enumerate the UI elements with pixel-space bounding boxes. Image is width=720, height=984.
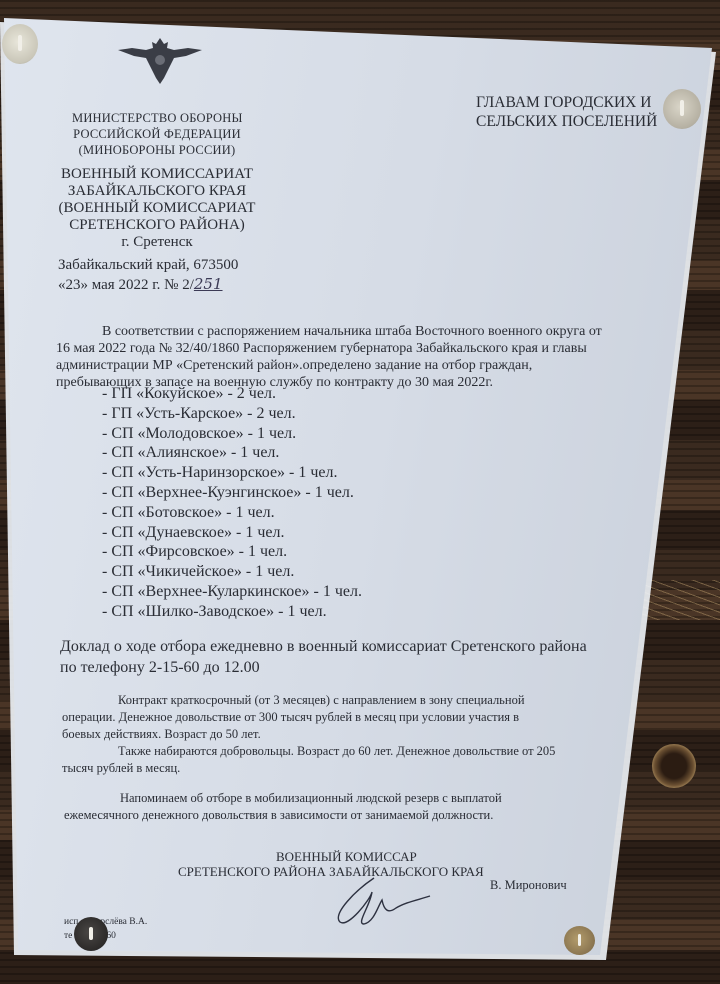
- silver-pushpin-icon: [663, 89, 701, 129]
- quota-list-item: - СП «Алиянское» - 1 чел.: [102, 443, 362, 463]
- quota-list-item: - СП «Фирсовское» - 1 чел.: [102, 542, 362, 562]
- sender-line-3: (ВОЕННЫЙ КОМИССАРИАТ: [48, 200, 266, 217]
- addressee-line-2: СЕЛЬСКИХ ПОСЕЛЕНИЙ: [476, 112, 657, 131]
- ministry-line-2: РОССИЙСКОЙ ФЕДЕРАЦИИ: [72, 126, 242, 142]
- report-instruction: Доклад о ходе отбора ежедневно в военный…: [60, 636, 587, 678]
- quota-list-item: - СП «Шилко-Заводское» - 1 чел.: [102, 602, 362, 622]
- quota-list-item: - ГП «Кокуйское» - 2 чел.: [102, 384, 362, 404]
- quota-list-item: - СП «Верхнее-Куларкинское» - 1 чел.: [102, 582, 362, 602]
- report-line-1: Доклад о ходе отбора ежедневно в военный…: [60, 636, 587, 657]
- sender-address-block: Забайкальский край, 673500 «23» мая 2022…: [58, 256, 238, 295]
- sender-address: Забайкальский край, 673500: [58, 256, 238, 275]
- contract-paragraph: Контракт краткосрочный (от 3 месяцев) с …: [62, 692, 555, 777]
- handwritten-signature-icon: [326, 870, 436, 930]
- ministry-header: МИНИСТЕРСТВО ОБОРОНЫ РОССИЙСКОЙ ФЕДЕРАЦИ…: [72, 110, 242, 158]
- double-headed-eagle-icon: [112, 34, 208, 86]
- reminder-line-1: Напоминаем об отборе в мобилизационный л…: [64, 790, 502, 807]
- report-line-2: по телефону 2-15-60 до 12.00: [60, 657, 587, 678]
- addressee-line-1: ГЛАВАМ ГОРОДСКИХ И: [476, 93, 657, 112]
- reminder-paragraph: Напоминаем об отборе в мобилизационный л…: [64, 790, 502, 824]
- quota-list-item: - СП «Ботовское» - 1 чел.: [102, 503, 362, 523]
- sender-line-1: ВОЕННЫЙ КОМИССАРИАТ: [48, 166, 266, 183]
- handwritten-doc-number: 251: [194, 275, 223, 293]
- silver-pushpin-icon: [2, 24, 38, 64]
- sender-line-2: ЗАБАЙКАЛЬСКОГО КРАЯ: [48, 183, 266, 200]
- contract-line-3: боевых действиях. Возраст до 50 лет.: [62, 726, 555, 743]
- intro-line-3: администрации МР «Сретенский район».опре…: [56, 357, 602, 374]
- settlement-quota-list: - ГП «Кокуйское» - 2 чел.- ГП «Усть-Карс…: [102, 384, 362, 622]
- quota-list-item: - СП «Чикичейское» - 1 чел.: [102, 562, 362, 582]
- intro-line-2: 16 мая 2022 года № 32/40/1860 Распоряжен…: [56, 340, 602, 357]
- quota-list-item: - СП «Верхнее-Куэнгинское» - 1 чел.: [102, 483, 362, 503]
- wood-knot: [652, 744, 696, 788]
- dark-pushpin-icon: [74, 917, 108, 951]
- brass-pushpin-icon: [564, 926, 595, 955]
- contract-line-4: Также набираются добровольцы. Возраст до…: [62, 743, 555, 760]
- quota-list-item: - СП «Дунаевское» - 1 чел.: [102, 523, 362, 543]
- signatory-name: В. Миронович: [490, 878, 567, 893]
- contract-line-2: операции. Денежное довольствие от 300 ты…: [62, 709, 555, 726]
- intro-paragraph: В соответствии с распоряжением начальник…: [56, 323, 602, 391]
- ministry-line-1: МИНИСТЕРСТВО ОБОРОНЫ: [72, 110, 242, 126]
- quota-list-item: - СП «Усть-Наринзорское» - 1 чел.: [102, 463, 362, 483]
- signatory-title-1: ВОЕННЫЙ КОМИССАР: [276, 849, 417, 865]
- quota-list-item: - ГП «Усть-Карское» - 2 чел.: [102, 404, 362, 424]
- contract-line-5: тысяч рублей в месяц.: [62, 760, 555, 777]
- sender-line-4: СРЕТЕНСКОГО РАЙОНА): [48, 217, 266, 234]
- document-date-number: «23» мая 2022 г. № 2/251: [58, 275, 238, 295]
- sender-block: ВОЕННЫЙ КОМИССАРИАТ ЗАБАЙКАЛЬСКОГО КРАЯ …: [48, 166, 266, 251]
- date-prefix: «23» мая 2022 г. № 2/: [58, 277, 194, 293]
- quota-list-item: - СП «Молодовское» - 1 чел.: [102, 424, 362, 444]
- straw-debris: [640, 580, 720, 620]
- intro-line-1: В соответствии с распоряжением начальник…: [56, 323, 602, 340]
- ministry-line-3: (МИНОБОРОНЫ РОССИИ): [72, 142, 242, 158]
- reminder-line-2: ежемесячного денежного довольствия в зав…: [64, 807, 502, 824]
- addressee-block: ГЛАВАМ ГОРОДСКИХ И СЕЛЬСКИХ ПОСЕЛЕНИЙ: [476, 93, 657, 131]
- sender-city: г. Сретенск: [48, 234, 266, 251]
- contract-line-1: Контракт краткосрочный (от 3 месяцев) с …: [62, 692, 555, 709]
